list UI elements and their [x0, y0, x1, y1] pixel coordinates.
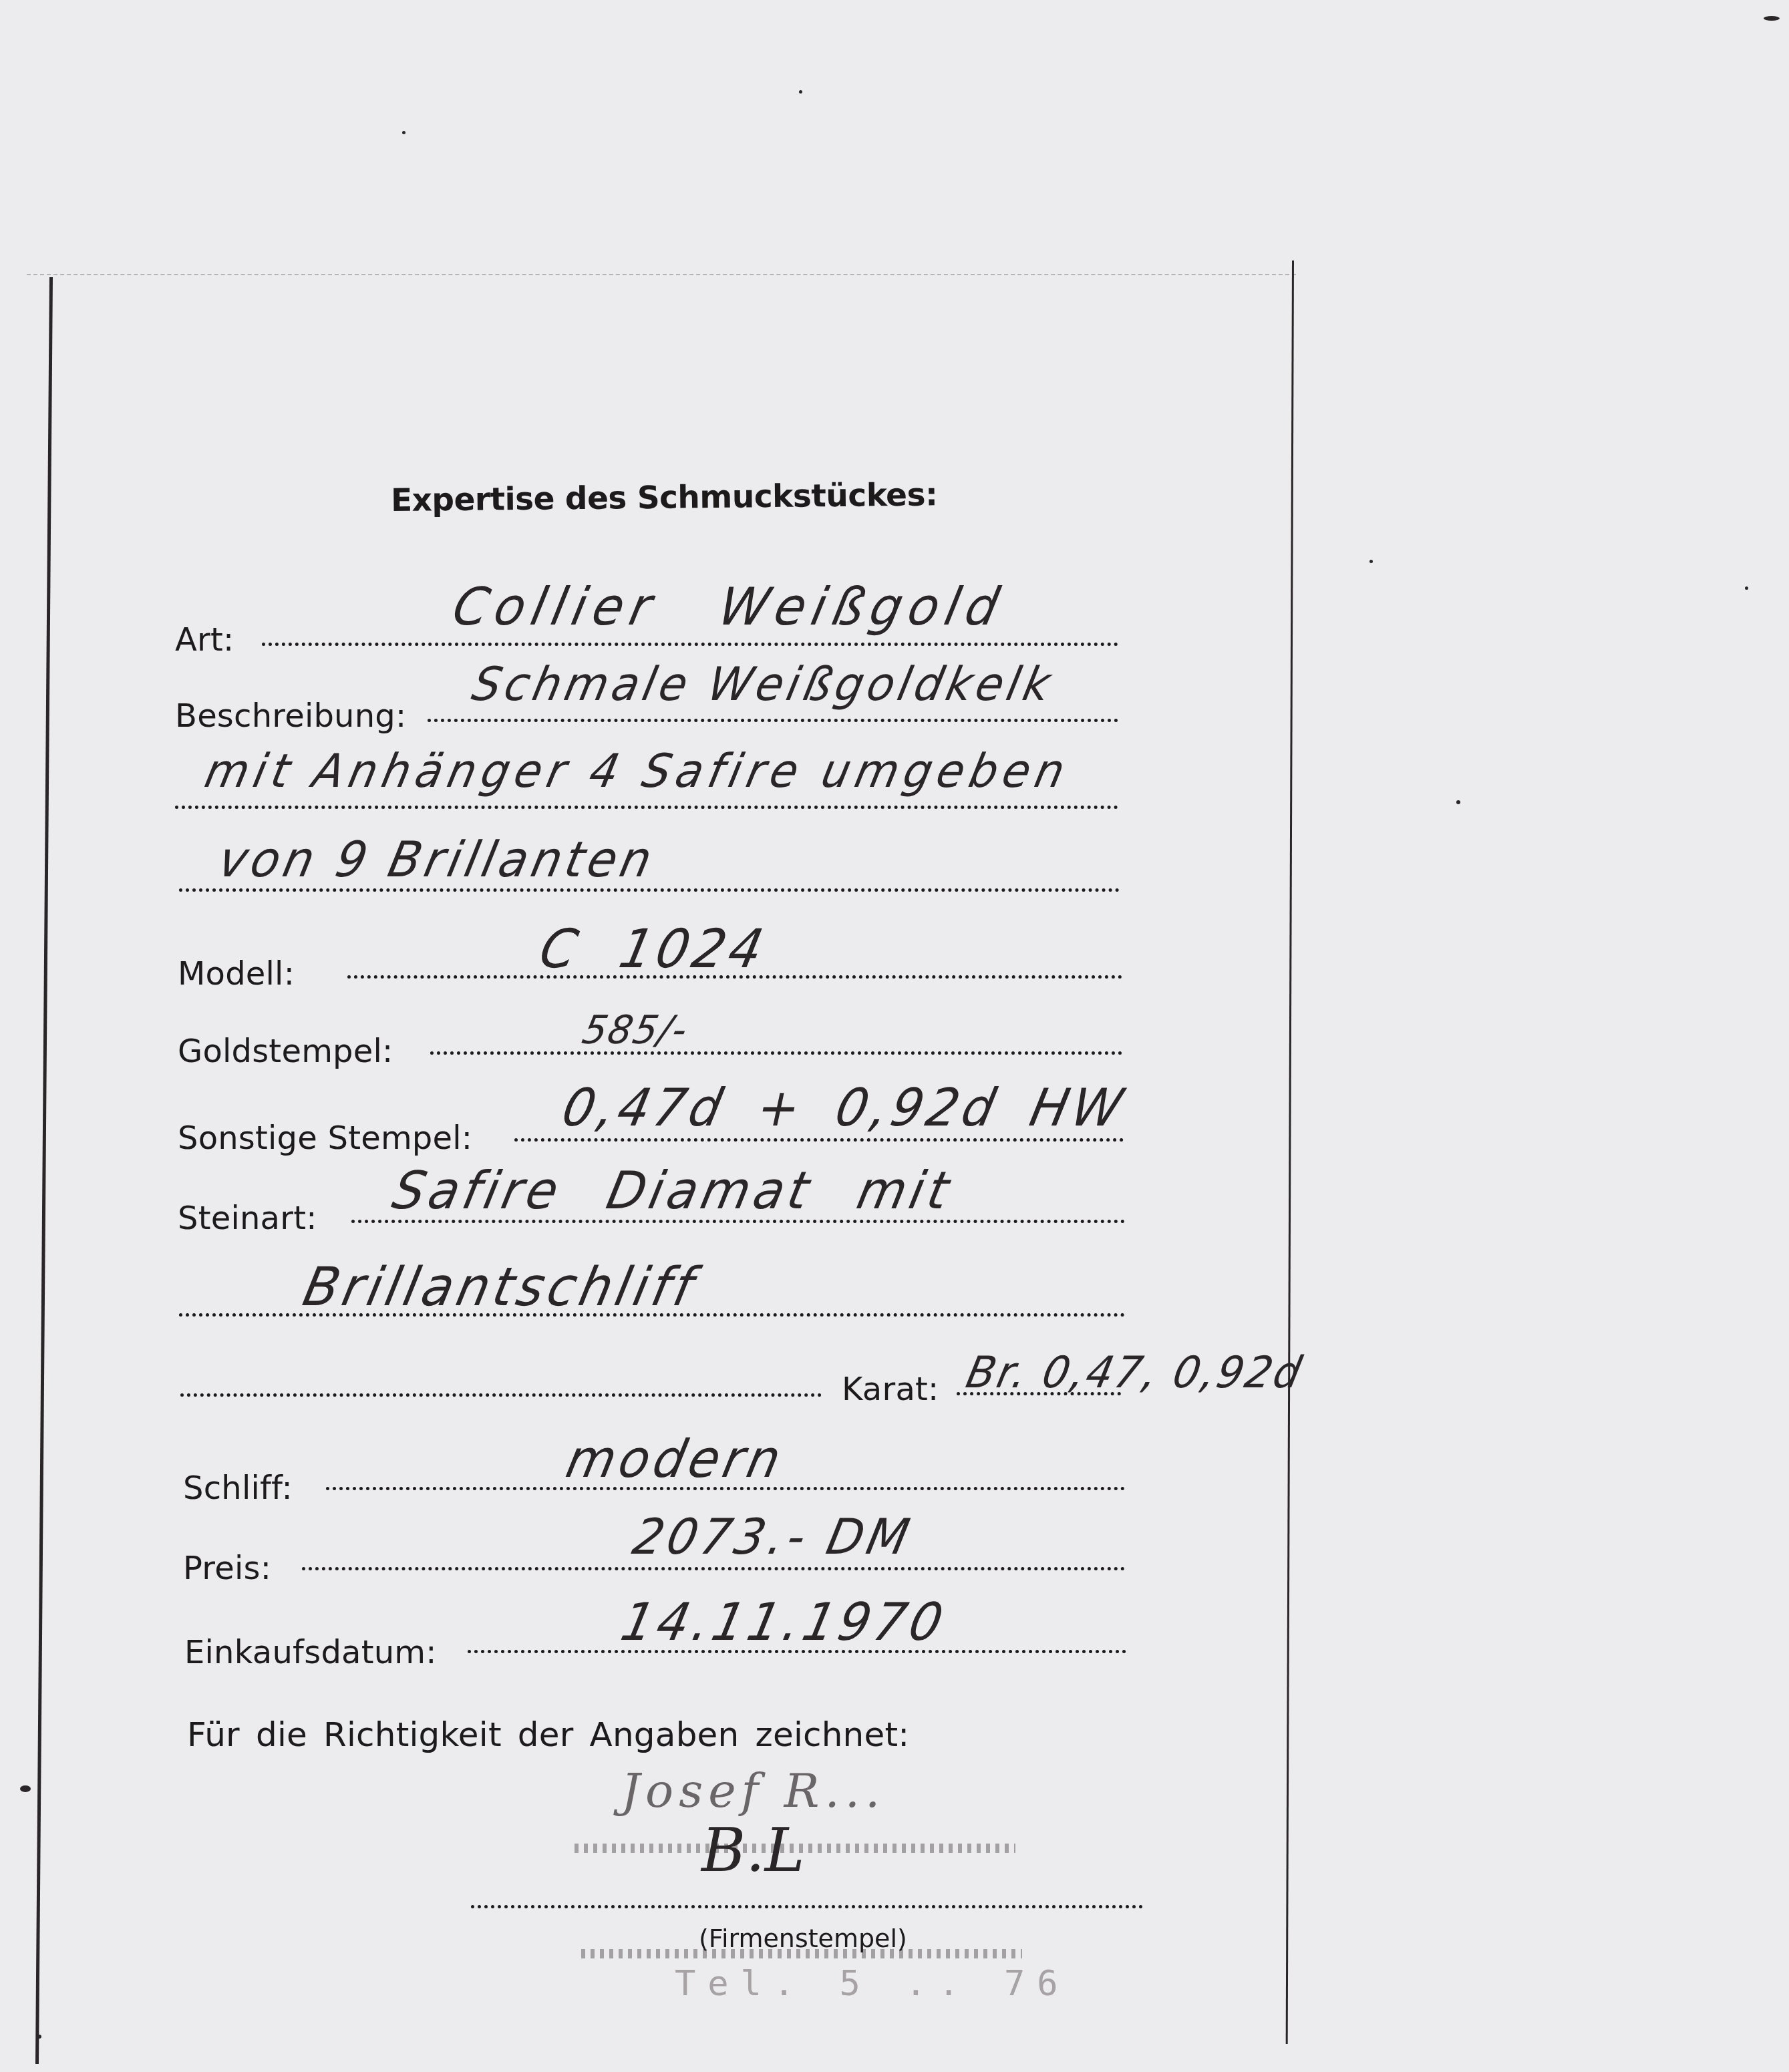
fill-line-goldstempel — [430, 1051, 1122, 1055]
value-karat: Br. 0,47, 0,92d — [962, 1347, 1308, 1398]
attestation-text: Für die Richtigkeit der Angaben zeichnet… — [187, 1715, 909, 1754]
value-schliff: modern — [561, 1429, 790, 1490]
firmenstempel-label: (Firmenstempel) — [699, 1924, 907, 1953]
value-sonstige-stempel: 0,47d + 0,92d HW — [557, 1078, 1132, 1138]
value-einkaufsdatum: 14.11.1970 — [616, 1592, 952, 1653]
value-beschreibung-line2: mit Anhänger 4 Safire umgeben — [200, 744, 1075, 798]
page-edge-left — [35, 277, 53, 2064]
value-modell: C 1024 — [534, 918, 773, 980]
signature-line — [471, 1905, 1143, 1908]
value-preis: 2073.- DM — [628, 1508, 919, 1566]
label-goldstempel: Goldstempel: — [178, 1033, 393, 1070]
fill-line-beschreibung-2 — [175, 806, 1118, 809]
scan-speck — [20, 1785, 31, 1792]
scan-speck — [799, 90, 802, 94]
signature: B.L — [701, 1816, 805, 1886]
scan-speck — [1369, 560, 1373, 563]
label-karat: Karat: — [842, 1371, 939, 1408]
value-goldstempel: 585/- — [579, 1008, 692, 1053]
form-title: Expertise des Schmuckstückes: — [391, 476, 938, 519]
fill-line-sonstige-stempel — [514, 1138, 1124, 1142]
label-einkaufsdatum: Einkaufsdatum: — [184, 1634, 437, 1671]
fill-line-preis — [302, 1567, 1125, 1570]
value-beschreibung-line3: von 9 Brillanten — [214, 831, 661, 888]
label-schliff: Schliff: — [183, 1470, 293, 1507]
fill-line-karat-lead — [180, 1393, 822, 1397]
label-preis: Preis: — [183, 1550, 271, 1587]
label-sonstige-stempel: Sonstige Stempel: — [178, 1119, 472, 1157]
label-beschreibung: Beschreibung: — [175, 697, 406, 735]
label-modell: Modell: — [178, 955, 295, 993]
fill-line-beschreibung-3 — [179, 888, 1120, 892]
value-beschreibung-line1: Schmale Weißgoldkelk — [468, 657, 1060, 711]
label-steinart: Steinart: — [178, 1200, 317, 1237]
page-edge-top — [27, 274, 1296, 275]
scan-speck — [37, 2035, 41, 2039]
label-art: Art: — [175, 621, 234, 659]
fill-line-beschreibung-1 — [428, 719, 1118, 722]
signature-name: Josef R... — [621, 1763, 885, 1818]
scan-speck — [402, 131, 405, 134]
stamp-phone-faint: Tel. 5 .. 76 — [675, 1964, 1070, 2004]
value-art: Collier Weißgold — [448, 577, 1011, 637]
fill-line-art — [262, 643, 1118, 646]
page-edge-right — [1286, 261, 1294, 2044]
scan-speck — [1456, 800, 1460, 804]
value-steinart-line2: Brillantschliff — [298, 1256, 703, 1318]
scan-speck — [1764, 16, 1780, 21]
value-steinart-line1: Safire Diamat mit — [387, 1161, 958, 1221]
scan-speck — [1745, 586, 1748, 590]
